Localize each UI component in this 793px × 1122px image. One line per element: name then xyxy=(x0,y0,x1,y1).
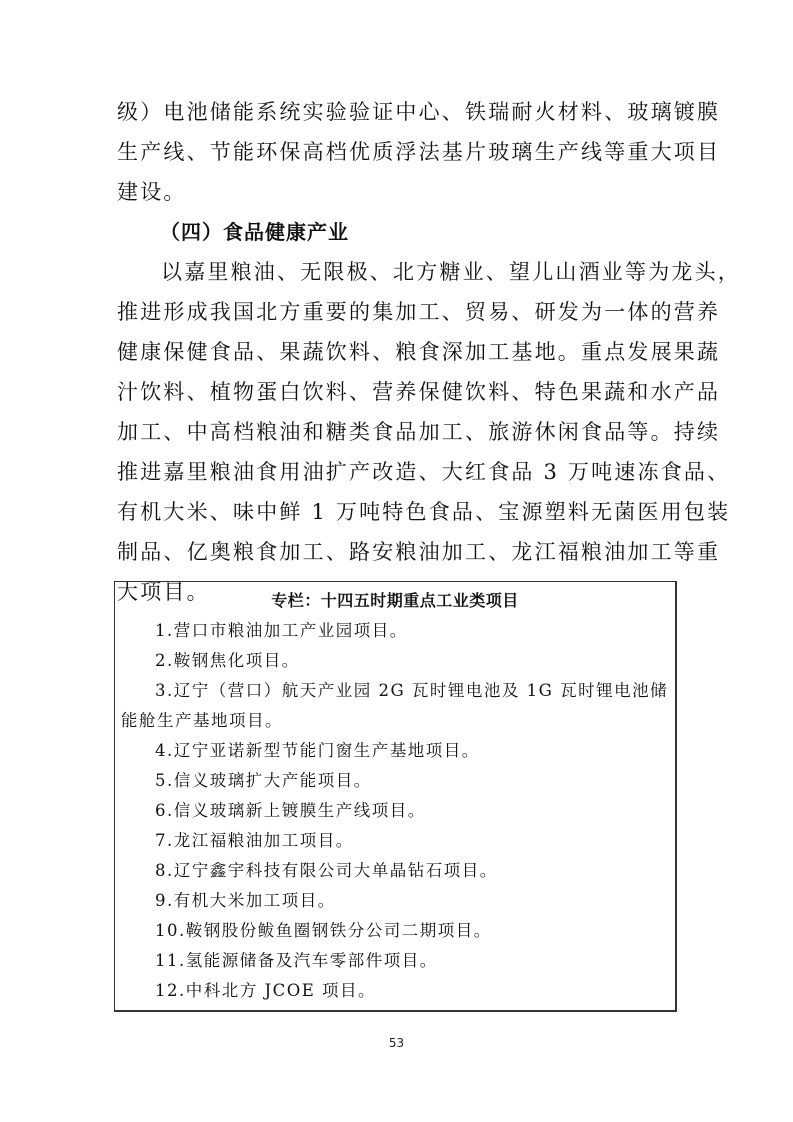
project-item: 8.辽宁鑫宇科技有限公司大单晶钻石项目。 xyxy=(121,856,669,886)
section-paragraph: 以嘉里粮油、无限极、北方糖业、望儿山酒业等为龙头， 推进形成我国北方重要的集加工… xyxy=(117,252,679,612)
paragraph-line: 加工、中高档粮油和糖类食品加工、旅游休闲食品等。持续 xyxy=(117,412,679,452)
project-list: 1.营口市粮油加工产业园项目。 2.鞍钢焦化项目。 3.辽宁（营口）航天产业园 … xyxy=(121,616,669,1006)
project-item: 6.信义玻璃新上镀膜生产线项目。 xyxy=(121,796,669,826)
paragraph-line: 建设。 xyxy=(117,172,679,212)
page-number: 53 xyxy=(0,1036,793,1050)
project-item: 3.辽宁（营口）航天产业园 2G 瓦时锂电池及 1G 瓦时锂电池储能舱生产基地项… xyxy=(121,676,669,736)
document-page: 级）电池储能系统实验验证中心、铁瑞耐火材料、玻璃镀膜 生产线、节能环保高档优质浮… xyxy=(0,0,793,1122)
paragraph-line: 推进嘉里粮油食用油扩产改造、大红食品 3 万吨速冻食品、 xyxy=(117,452,679,492)
paragraph-line: 以嘉里粮油、无限极、北方糖业、望儿山酒业等为龙头， xyxy=(117,252,679,292)
project-column-box: 专栏：十四五时期重点工业类项目 1.营口市粮油加工产业园项目。 2.鞍钢焦化项目… xyxy=(114,581,677,1012)
project-item: 4.辽宁亚诺新型节能门窗生产基地项目。 xyxy=(121,736,669,766)
intro-paragraph: 级）电池储能系统实验验证中心、铁瑞耐火材料、玻璃镀膜 生产线、节能环保高档优质浮… xyxy=(117,92,679,212)
project-item: 11.氢能源储备及汽车零部件项目。 xyxy=(121,946,669,976)
project-item: 5.信义玻璃扩大产能项目。 xyxy=(121,766,669,796)
paragraph-line: 推进形成我国北方重要的集加工、贸易、研发为一体的营养 xyxy=(117,292,679,332)
section-heading: （四）食品健康产业 xyxy=(160,212,349,252)
project-item: 12.中科北方 JCOE 项目。 xyxy=(121,976,669,1006)
project-item: 2.鞍钢焦化项目。 xyxy=(121,646,669,676)
paragraph-line: 汁饮料、植物蛋白饮料、营养保健饮料、特色果蔬和水产品 xyxy=(117,372,679,412)
paragraph-line: 健康保健食品、果蔬饮料、粮食深加工基地。重点发展果蔬 xyxy=(117,332,679,372)
paragraph-line: 有机大米、味中鲜 1 万吨特色食品、宝源塑料无菌医用包装 xyxy=(117,492,679,532)
paragraph-line: 级）电池储能系统实验验证中心、铁瑞耐火材料、玻璃镀膜 xyxy=(117,92,679,132)
project-item: 1.营口市粮油加工产业园项目。 xyxy=(121,616,669,646)
project-item: 10.鞍钢股份鲅鱼圈钢铁分公司二期项目。 xyxy=(121,916,669,946)
project-item: 9.有机大米加工项目。 xyxy=(121,886,669,916)
column-box-title: 专栏：十四五时期重点工业类项目 xyxy=(115,588,675,614)
paragraph-line: 制品、亿奥粮食加工、路安粮油加工、龙江福粮油加工等重 xyxy=(117,532,679,572)
paragraph-line: 生产线、节能环保高档优质浮法基片玻璃生产线等重大项目 xyxy=(117,132,679,172)
project-item: 7.龙江福粮油加工项目。 xyxy=(121,826,669,856)
